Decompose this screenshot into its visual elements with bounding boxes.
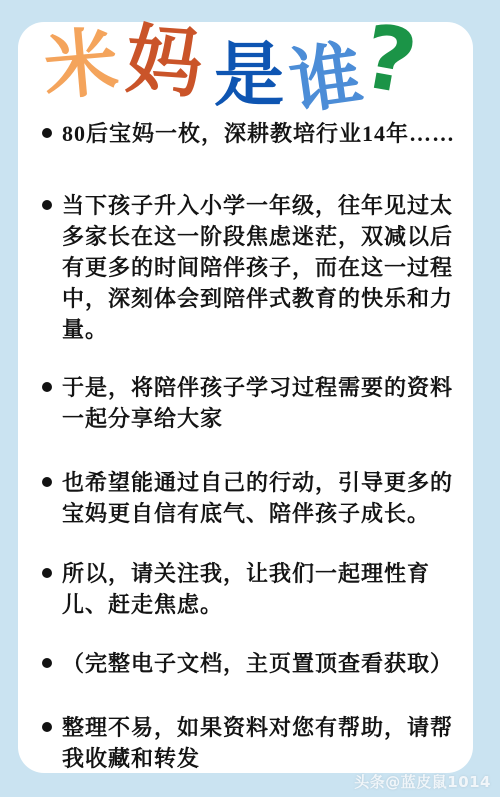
content-card: 米 妈 是 谁 ? 80后宝妈一枚，深耕教培行业14年…… 当下孩子升入小学一年…: [18, 22, 473, 773]
bullet-dot-icon: [42, 200, 52, 210]
list-item: 也希望能通过自己的行动，引导更多的 宝妈更自信有底气、陪伴孩子成长。: [42, 467, 459, 529]
bullet-text-save-share: 整理不易，如果资料对您有帮助，请帮 我收藏和转发: [62, 712, 459, 774]
list-item: 整理不易，如果资料对您有帮助，请帮 我收藏和转发: [42, 712, 459, 774]
title-question-mark: ?: [357, 12, 423, 108]
bullet-dot-icon: [42, 477, 52, 487]
list-item: 80后宝妈一枚，深耕教培行业14年……: [42, 118, 459, 149]
watermark: 头条@蓝皮鼠1014: [354, 771, 491, 792]
title-char-mi: 米: [41, 25, 121, 105]
page-title: 米 妈 是 谁 ?: [18, 22, 473, 118]
bullet-text-intro: 80后宝妈一枚，深耕教培行业14年……: [62, 118, 459, 149]
poster-background: 米 妈 是 谁 ? 80后宝妈一枚，深耕教培行业14年…… 当下孩子升入小学一年…: [0, 0, 500, 797]
bullet-list: 80后宝妈一枚，深耕教培行业14年…… 当下孩子升入小学一年级，往年见过太 多家…: [18, 118, 473, 774]
bullet-dot-icon: [42, 128, 52, 138]
list-item: 于是，将陪伴孩子学习过程需要的资料 一起分享给大家: [42, 372, 459, 434]
bullet-dot-icon: [42, 658, 52, 668]
list-item: 当下孩子升入小学一年级，往年见过太 多家长在这一阶段焦虑迷茫，双减以后 有更多的…: [42, 190, 459, 345]
bullet-dot-icon: [42, 382, 52, 392]
bullet-dot-icon: [42, 568, 52, 578]
bullet-text-follow: 所以，请关注我，让我们一起理性育 儿、赶走焦虑。: [62, 558, 459, 620]
bullet-text-experience: 当下孩子升入小学一年级，往年见过太 多家长在这一阶段焦虑迷茫，双减以后 有更多的…: [62, 190, 459, 345]
bullet-text-document: （完整电子文档，主页置顶查看获取）: [62, 648, 459, 679]
bullet-dot-icon: [42, 722, 52, 732]
list-item: 所以，请关注我，让我们一起理性育 儿、赶走焦虑。: [42, 558, 459, 620]
title-char-shi: 是: [214, 40, 284, 110]
bullet-text-hope: 也希望能通过自己的行动，引导更多的 宝妈更自信有底气、陪伴孩子成长。: [62, 467, 459, 529]
list-item: （完整电子文档，主页置顶查看获取）: [42, 648, 459, 679]
title-char-shui: 谁: [285, 37, 366, 118]
title-char-ma: 妈: [123, 21, 204, 102]
bullet-text-share: 于是，将陪伴孩子学习过程需要的资料 一起分享给大家: [62, 372, 459, 434]
